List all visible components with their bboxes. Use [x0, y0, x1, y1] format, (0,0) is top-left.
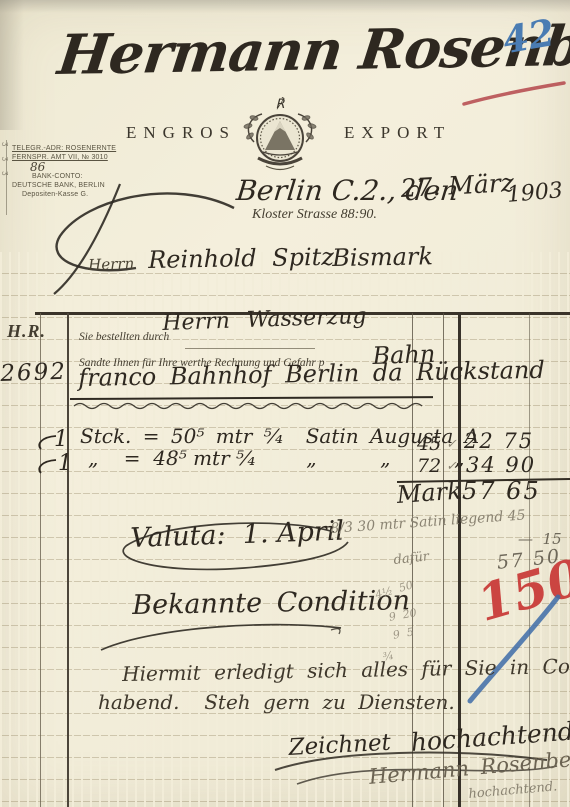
item2-price: 72	[417, 457, 441, 477]
item2-qty: 1	[58, 452, 72, 475]
engros-label: ENGROS	[126, 124, 236, 142]
reference-number: 2692	[0, 360, 67, 386]
invoice-page: ʒ ʒ ʒ Hermann Rosenberg, 42 ENGROS EXPOR…	[0, 0, 570, 807]
scan-corner-shadow	[0, 0, 24, 130]
handwriting-flourish	[24, 176, 264, 296]
export-label: EXPORT	[344, 124, 451, 142]
valuta-flourish-oval	[102, 516, 354, 580]
company-crest-emblem: ℟	[236, 94, 324, 178]
item2-checkmark: ✓	[446, 460, 457, 474]
telephone-number: FERNSPR. AMT VII, № 3010	[12, 154, 108, 161]
blue-pencil-number: 42	[500, 13, 557, 60]
addressee-name: Reinhold Spitz	[148, 245, 334, 273]
date-handwritten: 27. März	[400, 170, 515, 202]
total-amount: 57 65	[462, 479, 541, 504]
telegraph-address: TELEGR.-ADR: ROSENERNTE	[12, 145, 116, 152]
table-vline-1	[40, 313, 41, 807]
company-name: Hermann Rosenberg,	[55, 18, 533, 84]
blue-pencil-stroke	[463, 593, 565, 705]
closing-line-2: habend. Steh gern zu Diensten.	[98, 692, 455, 713]
total-label: Mark	[396, 478, 463, 508]
scan-edge-shadow	[0, 0, 570, 13]
item2-desc: „ = 48⁵ mtr ⁵⁄₄ „ „ „	[88, 448, 464, 469]
item2-amount: 34 90	[466, 454, 536, 476]
delivery-wavy-underline	[72, 399, 437, 411]
year-handwritten: 1903	[506, 179, 564, 207]
red-pencil-stroke	[460, 80, 568, 108]
order-line1-printed: Sie bestellten durch	[79, 331, 169, 343]
item1-qty: 1	[54, 428, 68, 451]
item2-check-swash	[34, 456, 60, 476]
street-address: Kloster Strasse 88:90.	[252, 208, 377, 223]
table-vline-2	[67, 313, 69, 807]
item1-amount: 22 75	[464, 430, 534, 452]
edge-rule	[6, 140, 7, 215]
handwritten-margin-mark: 86	[30, 161, 45, 174]
addressee-city: Bismark	[332, 244, 433, 271]
reference-printed: H.R.	[7, 322, 46, 341]
addressee-salutation: Herrn	[88, 256, 134, 273]
condition-flourish-underline	[95, 618, 350, 658]
svg-text:℟: ℟	[276, 96, 286, 112]
condition-line: Bekannte Condition	[132, 587, 410, 620]
order-line1-blank	[185, 348, 315, 349]
